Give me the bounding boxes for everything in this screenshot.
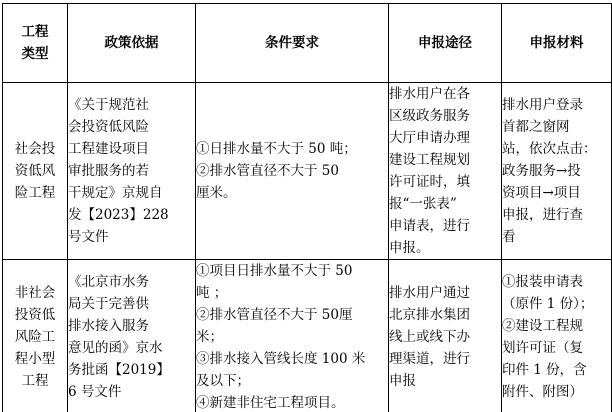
cell-line: 会投资低风险 — [68, 116, 195, 138]
cell-line: 看 — [502, 226, 611, 248]
table-row: 非社会投资低风险工程小型工程 《北京市水务局关于完善供排水接入服务意见的函》京水… — [3, 260, 612, 412]
cell-line: 非社会 — [3, 282, 67, 304]
cell-line: 6 号文件 — [68, 381, 195, 403]
cell-line: 报“一张表” — [389, 193, 501, 215]
cell-line: 区级政务服务 — [389, 105, 501, 127]
project-type-cell: 非社会投资低风险工程小型工程 — [3, 260, 68, 412]
cell-line: 号文件 — [68, 226, 195, 248]
cell-line: 站，依次点击： — [502, 138, 611, 160]
cell-line: 《关于规范社 — [68, 94, 195, 116]
application-channel-cell: 排水用户通过北京排水集团线上或线下办理渠道，进行申报 — [389, 260, 502, 412]
cell-line: 划许可证（复 — [502, 337, 611, 359]
cell-line: 申报。 — [389, 237, 501, 259]
header-policy-basis: 政策依据 — [68, 4, 196, 83]
cell-line: 险工程 — [3, 182, 67, 204]
cell-line: 《北京市水务 — [68, 271, 195, 293]
header-application-channel: 申报途径 — [389, 4, 502, 83]
application-materials-cell: ①报装申请表（原件 1 份）；②建设工程规划许可证（复印件 1 份，含附件、附图… — [502, 260, 612, 412]
cell-line: ③排水接入管线长度 100 米 — [196, 348, 388, 370]
cell-line: 资项目→项目 — [502, 182, 611, 204]
conditions-cell: ①日排水量不大于 50 吨；②排水管直径不大于 50厘米。 — [196, 83, 389, 260]
cell-line: 排水接入服务 — [68, 315, 195, 337]
cell-line: 排水用户通过 — [389, 282, 501, 304]
cell-line: 申报 — [389, 370, 501, 392]
project-type-cell: 社会投资低风险工程 — [3, 83, 68, 260]
cell-line: 工程建设项目 — [68, 138, 195, 160]
cell-line: ②排水管直径不大于 50厘 — [196, 304, 388, 326]
cell-line: 线上或线下办 — [389, 326, 501, 348]
cell-line: 资低风 — [3, 160, 67, 182]
cell-line: 发【2023】228 — [68, 204, 195, 226]
application-materials-cell: 排水用户登录首都之窗网站，依次点击：政务服务→投资项目→项目申报，进行查看 — [502, 83, 612, 260]
cell-line: ①项目日排水量不大于 50 — [196, 260, 388, 282]
cell-line: 政务服务→投 — [502, 160, 611, 182]
cell-line: 排水用户登录 — [502, 94, 611, 116]
cell-line: ②排水管直径不大于 50 — [196, 160, 388, 182]
cell-line: 投资低 — [3, 304, 67, 326]
cell-line: 大厅申请办理 — [389, 127, 501, 149]
header-application-materials: 申报材料 — [502, 4, 612, 83]
cell-line: 工程 — [3, 370, 67, 392]
application-channel-cell: 排水用户在各区级政务服务大厅申请办理建设工程规划许可证时，填报“一张表”申请表，… — [389, 83, 502, 260]
cell-line: 审批服务的若 — [68, 160, 195, 182]
cell-line: 理渠道，进行 — [389, 348, 501, 370]
cell-line: ①日排水量不大于 50 吨； — [196, 138, 388, 160]
cell-line: 及以下； — [196, 370, 388, 392]
cell-line: 北京排水集团 — [389, 304, 501, 326]
cell-line: 风险工 — [3, 326, 67, 348]
policy-table: 工程 类型 政策依据 条件要求 申报途径 申报材料 社会投资低风险工程 《关于规… — [2, 3, 612, 412]
cell-line: 局关于完善供 — [68, 293, 195, 315]
header-project-type: 工程 类型 — [3, 4, 68, 83]
cell-line: 吨 ； — [196, 282, 388, 304]
cell-line: 程小型 — [3, 348, 67, 370]
cell-line: 米； — [196, 326, 388, 348]
cell-line: 意见的函》京水 — [68, 337, 195, 359]
policy-basis-cell: 《关于规范社会投资低风险工程建设项目审批服务的若干规定》京规自发【2023】22… — [68, 83, 196, 260]
cell-line: ②建设工程规 — [502, 315, 611, 337]
cell-line: 社会投 — [3, 138, 67, 160]
conditions-cell: ①项目日排水量不大于 50吨 ；②排水管直径不大于 50厘米；③排水接入管线长度… — [196, 260, 389, 412]
cell-line: ①报装申请表 — [502, 271, 611, 293]
cell-line: ④新建非住宅工程项目。 — [196, 392, 388, 412]
cell-line: 排水用户在各 — [389, 83, 501, 105]
cell-line: 申请表，进行 — [389, 215, 501, 237]
cell-line: 务批函【2019】 — [68, 359, 195, 381]
cell-line: （原件 1 份）； — [502, 293, 611, 315]
cell-line: 建设工程规划 — [389, 149, 501, 171]
cell-line: 印件 1 份，含 — [502, 359, 611, 381]
cell-line: 首都之窗网 — [502, 116, 611, 138]
policy-basis-cell: 《北京市水务局关于完善供排水接入服务意见的函》京水务批函【2019】6 号文件 — [68, 260, 196, 412]
cell-line: 申报，进行查 — [502, 204, 611, 226]
table-row: 社会投资低风险工程 《关于规范社会投资低风险工程建设项目审批服务的若干规定》京规… — [3, 83, 612, 260]
cell-line: 厘米。 — [196, 182, 388, 204]
cell-line: 附件、附图） — [502, 381, 611, 403]
cell-line: 干规定》京规自 — [68, 182, 195, 204]
header-conditions: 条件要求 — [196, 4, 389, 83]
header-row: 工程 类型 政策依据 条件要求 申报途径 申报材料 — [3, 4, 612, 83]
cell-line: 许可证时，填 — [389, 171, 501, 193]
